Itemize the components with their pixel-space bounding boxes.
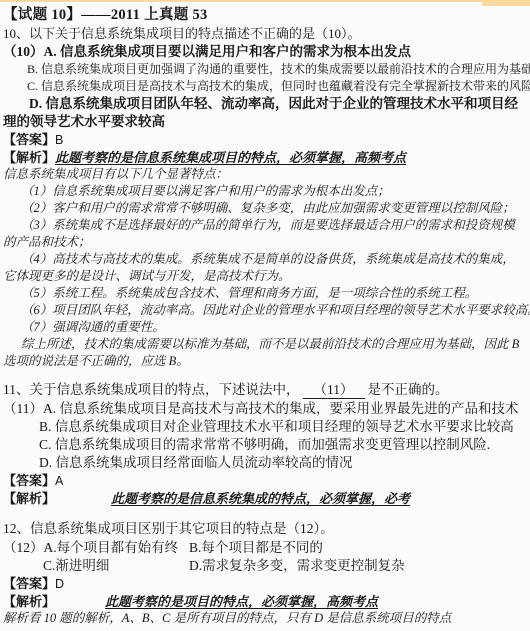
question11-blank: （11） (303, 382, 365, 399)
question11-stem-post: 是不正确的。 (368, 382, 449, 397)
question11-option-d: D. 信息系统集成项目经常面临人员流动率较高的情况 (3, 454, 526, 472)
analysis-label: 【解析】 (3, 150, 55, 165)
question11-answer-line: 【答案】A (3, 472, 526, 490)
scan-edge-artifact-corner (482, 0, 530, 6)
analysis-point-4: （4）高技术与高技术的集成。系统集成不是简单的设备供货，系统集成是高技术的集成，… (3, 251, 526, 285)
question12-option-row-2: C.渐进明细 D.需求复杂多变，需求变更控制复杂 (3, 557, 526, 575)
question12-block: 12、信息系统集成项目区别于其它项目的特点是（12）。 （12）A.每个项目都有… (3, 519, 526, 627)
analysis-point-7: （7）强调沟通的重要性。 (3, 319, 526, 336)
analysis-label: 【解析】 (3, 594, 55, 609)
question10-option-c: C. 信息系统集成项目是高技术与高技术的集成，但同时也蕴藏着没有完全掌握新技术带… (3, 78, 526, 95)
question11-option-b: B. 信息系统集成项目对企业管理技术水平和项目经理的领导艺术水平要求比较高 (3, 418, 526, 436)
question11-analysis-highlight: 此题考察的是信息系统集成的特点，必须掌握，必考 (111, 491, 410, 506)
analysis-point-6: （6）项目团队年轻，流动率高。因此对企业的管理水平和项目经理的领导艺术水平要求较… (3, 302, 526, 319)
exam-document: 【试题 10】——2011 上真题 53 10、以下关于信息系统集成项目的特点描… (0, 0, 530, 631)
question12-option-row-1: （12）A.每个项目都有始有终 B.每个项目都是不同的 (3, 539, 526, 557)
question10-option-b: B. 信息系统集成项目更加强调了沟通的重要性，技术的集成需要以最前沿技术的合理应… (3, 61, 526, 78)
question12-analysis-body: 解析看 10 题的解析，A、B、C 是所有项目的特点，只有 D 是信息系统项目的… (3, 610, 526, 627)
analysis-label: 【解析】 (3, 491, 55, 506)
question11-block: 11、关于信息系统集成项目的特点，下述说法中，（11）是不正确的。 （11）A.… (3, 380, 526, 507)
analysis-point-1: （1）信息系统集成项目要以满足客户和用户的需求为根本出发点； (3, 183, 526, 200)
analysis-point-2: （2）客户和用户的需求常常不够明确、复杂多变，由此应加强需求变更管理以控制风险； (3, 200, 526, 217)
question10-analysis-highlight: 此题考察的是信息系统集成项目的特点，必须掌握，高频考点 (55, 150, 406, 165)
question11-analysis-line: 【解析】此题考察的是信息系统集成的特点，必须掌握，必考 (3, 490, 526, 507)
analysis-point-3: （3）系统集成不是选择最好的产品的简单行为，而是要选择最适合用户的需求和投资规模… (3, 217, 526, 251)
question10-analysis-line: 【解析】此题考察的是信息系统集成项目的特点，必须掌握，高频考点 (3, 149, 526, 166)
answer-label: 【答案】 (3, 576, 55, 591)
question12-analysis-highlight: 此题考察的是项目的特点，必须掌握，高频考点 (105, 594, 378, 609)
question10-analysis-intro: 信息系统集成项目有以下几个显著特点： (3, 166, 526, 183)
question10-option-d: D. 信息系统集成项目团队年轻、流动率高，因此对于企业的管理技术水平和项目经理的… (3, 95, 526, 131)
question10-header: 【试题 10】——2011 上真题 53 (3, 5, 526, 25)
question11-stem: 11、关于信息系统集成项目的特点，下述说法中，（11）是不正确的。 (3, 380, 526, 400)
question10-option-a: （10）A. 信息系统集成项目要以满足用户和客户的需求为根本出发点 (3, 43, 526, 61)
question12-option-c: C.渐进明细 (3, 557, 189, 575)
question10-analysis-conclusion: 综上所述，技术的集成需要以标准为基础，而不是以最前沿技术的合理应用为基础，因此 … (3, 336, 526, 370)
question11-option-a: （11）A. 信息系统集成项目是高技术与高技术的集成，要采用业界最先进的产品和技… (3, 400, 526, 418)
question10-stem: 10、以下关于信息系统集成项目的特点描述不正确的是（10）。 (3, 25, 526, 43)
question12-option-d: D.需求复杂多变，需求变更控制复杂 (189, 557, 405, 575)
question11-answer: A (55, 474, 63, 488)
answer-label: 【答案】 (3, 473, 55, 488)
answer-label: 【答案】 (3, 132, 55, 147)
question12-option-b: B.每个项目都是不同的 (189, 539, 323, 557)
question11-stem-pre: 11、关于信息系统集成项目的特点，下述说法中， (3, 382, 300, 397)
scan-edge-artifact (0, 0, 530, 2)
question12-stem: 12、信息系统集成项目区别于其它项目的特点是（12）。 (3, 519, 526, 539)
question10-answer-line: 【答案】B (3, 131, 526, 149)
question12-answer-line: 【答案】D (3, 575, 526, 593)
question10-answer: B (55, 133, 63, 147)
analysis-point-5: （5）系统工程。系统集成包含技术、管理和商务方面，是一项综合性的系统工程。 (3, 285, 526, 302)
question12-answer: D (55, 577, 64, 591)
question12-option-a: （12）A.每个项目都有始有终 (3, 539, 189, 557)
question11-option-c: C. 信息系统集成项目的需求常常不够明确，而加强需求变更管理以控制风险. (3, 436, 526, 454)
question12-analysis-line: 【解析】此题考察的是项目的特点，必须掌握，高频考点 (3, 593, 526, 610)
